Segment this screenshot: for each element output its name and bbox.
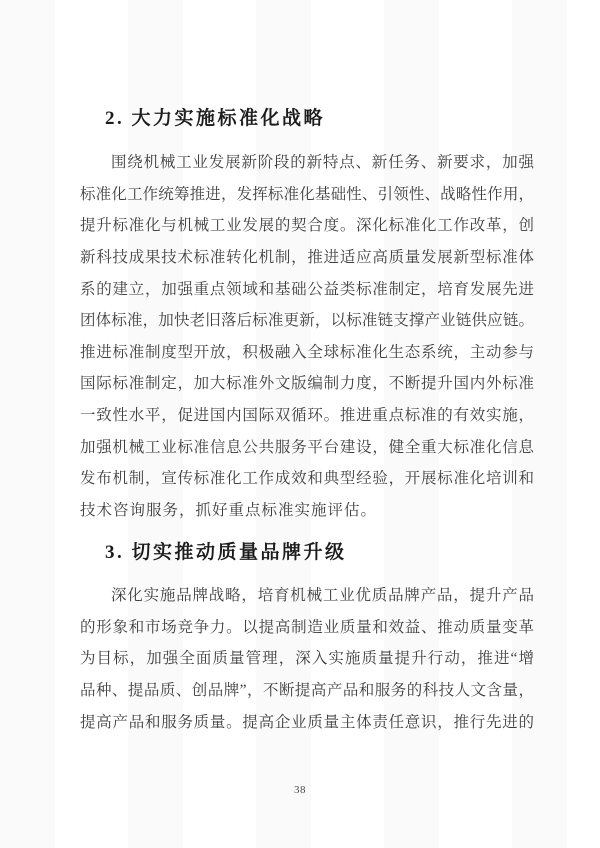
body-line: 技术咨询服务，抓好重点标准实施评估。 xyxy=(80,495,534,527)
body-line: 推进标准制度型开放，积极融入全球标准化生态系统，主动参与 xyxy=(80,337,534,369)
body-line: 一致性水平，促进国内国际双循环。推进重点标准的有效实施， xyxy=(80,400,534,432)
body-line: 标准化工作统筹推进，发挥标准化基础性、引领性、战略性作用， xyxy=(80,179,534,211)
body-line: 围绕机械工业发展新阶段的新特点、新任务、新要求，加强 xyxy=(80,147,534,179)
section-heading-quality-brand: 3. 切实推动质量品牌升级 xyxy=(80,540,534,566)
body-line: 系的建立，加强重点领域和基础公益类标准制定，培育发展先进 xyxy=(80,274,534,306)
body-line: 提升标准化与机械工业发展的契合度。深化标准化工作改革，创 xyxy=(80,210,534,242)
document-page: 2. 大力实施标准化战略 围绕机械工业发展新阶段的新特点、新任务、新要求，加强 … xyxy=(0,0,600,848)
section-heading-standardization: 2. 大力实施标准化战略 xyxy=(80,106,534,132)
body-line: 的形象和市场竞争力。以提高制造业质量和效益、推动质量变革 xyxy=(80,612,534,644)
body-line: 品种、提品质、创品牌”，不断提高产品和服务的科技人文含量， xyxy=(80,675,534,707)
body-line: 为目标，加强全面质量管理，深入实施质量提升行动，推进“增 xyxy=(80,643,534,675)
body-line: 新科技成果技术标准转化机制，推进适应高质量发展新型标准体 xyxy=(80,242,534,274)
body-line: 发布机制，宣传标准化工作成效和典型经验，开展标准化培训和 xyxy=(80,463,534,495)
section-body-standardization: 围绕机械工业发展新阶段的新特点、新任务、新要求，加强 标准化工作统筹推进，发挥标… xyxy=(80,147,534,527)
body-line: 深化实施品牌战略，培育机械工业优质品牌产品，提升产品 xyxy=(80,580,534,612)
body-line: 提高产品和服务质量。提高企业质量主体责任意识，推行先进的 xyxy=(80,707,534,739)
body-line: 加强机械工业标准信息公共服务平台建设，健全重大标准化信息 xyxy=(80,432,534,464)
section-body-quality-brand: 深化实施品牌战略，培育机械工业优质品牌产品，提升产品 的形象和市场竞争力。以提高… xyxy=(80,580,534,738)
page-number: 38 xyxy=(0,783,600,797)
body-line: 国际标准制定，加大标准外文版编制力度，不断提升国内外标准 xyxy=(80,368,534,400)
body-line: 团体标准，加快老旧落后标准更新，以标准链支撑产业链供应链。 xyxy=(80,305,534,337)
